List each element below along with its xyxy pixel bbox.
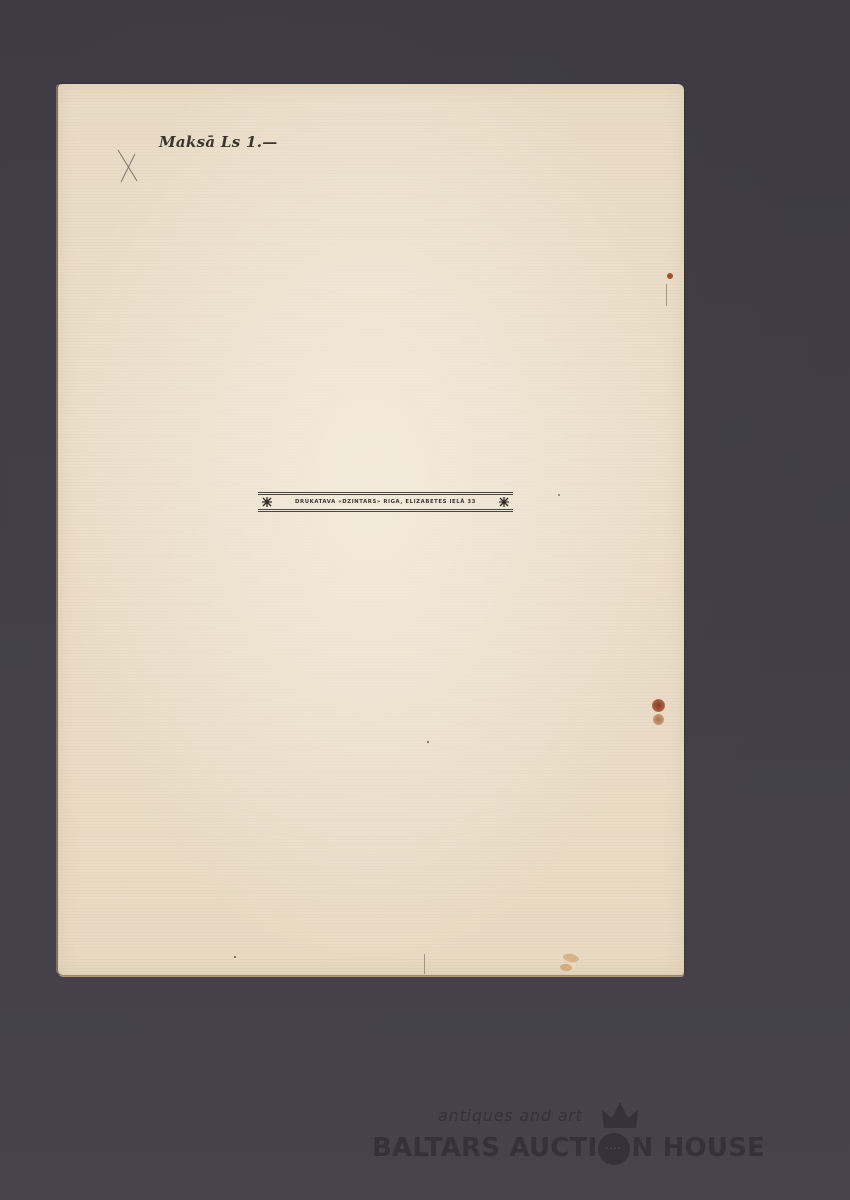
paper-stain: [560, 963, 573, 971]
ornament-star-icon: [499, 497, 509, 507]
rust-stain: [653, 714, 664, 725]
book-back-cover: Maksā Ls 1.— DRUKATAVA «DZINTARS» RIGA, …: [58, 84, 684, 975]
paper-speck: [558, 494, 560, 496]
rust-spot: [667, 273, 673, 279]
imprint-rule: [258, 509, 513, 510]
imprint-rule: [258, 492, 513, 493]
paper-crease: [666, 284, 667, 306]
paper-stain: [562, 953, 579, 964]
printer-imprint: DRUKATAVA «DZINTARS» RIGA, ELIZABETES IE…: [258, 492, 513, 512]
price-label: Maksā Ls 1.—: [159, 133, 278, 151]
paper-speck: [234, 956, 236, 958]
ornament-star-icon: [262, 497, 272, 507]
paper-speck: [427, 741, 429, 743]
brand-text-start: BALTARS AUCTI: [372, 1133, 597, 1163]
imprint-rule: [258, 511, 513, 512]
auction-house-watermark: antiques and art BALTARS AUCTI N HOUSE: [372, 1100, 772, 1170]
crown-icon: [602, 1102, 638, 1130]
brand-logo-ball-icon: [598, 1133, 630, 1165]
paper-crease: [424, 954, 425, 974]
brand-text-end: N HOUSE: [631, 1133, 765, 1163]
imprint-rule: [258, 494, 513, 495]
imprint-text: DRUKATAVA «DZINTARS» RIGA, ELIZABETES IE…: [295, 499, 476, 505]
watermark-brand: BALTARS AUCTI N HOUSE: [372, 1132, 765, 1164]
watermark-tagline: antiques and art: [438, 1106, 583, 1125]
rust-stain: [652, 699, 665, 712]
pencil-x-mark-icon: [115, 148, 141, 184]
